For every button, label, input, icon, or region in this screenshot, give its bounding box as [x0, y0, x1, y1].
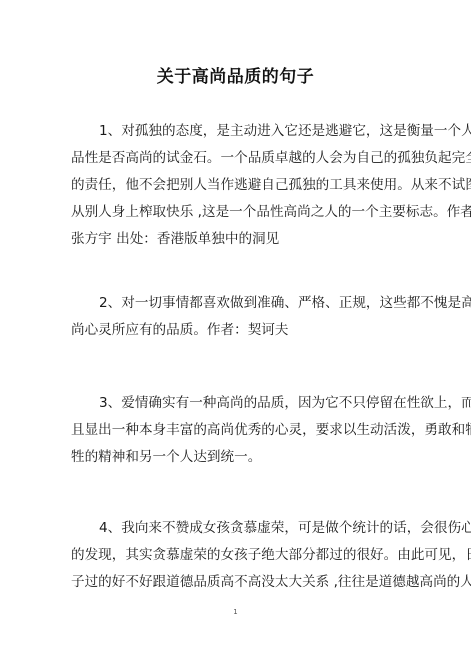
text-line: 的发现，其实贪慕虚荣的女孩子绝大部分都过的很好。由此可见，日: [71, 542, 401, 569]
text-line: 张方宇 出处：香港版单独中的洞见: [71, 226, 401, 253]
text-line: 品性是否高尚的试金石。一个品质卓越的人会为自己的孤独负起完全: [71, 145, 401, 172]
text-line: 且显出一种本身丰富的高尚优秀的心灵，要求以生动活泼，勇敢和牺: [71, 417, 401, 444]
document-title: 关于高尚品质的句子: [0, 62, 471, 87]
text-line: 牲的精神和另一个人达到统一。: [71, 444, 401, 471]
page-number: 1: [0, 608, 471, 616]
text-line: 尚心灵所应有的品质。作者：契诃夫: [71, 317, 401, 344]
text-line: 2、对一切事情都喜欢做到准确、严格、正规，这些都不愧是高: [71, 290, 401, 317]
text-line: 1、对孤独的态度，是主动进入它还是逃避它，这是衡量一个人: [71, 118, 401, 145]
text-line: 从别人身上榨取快乐 ,这是一个品性高尚之人的一个主要标志。作者：: [71, 199, 401, 226]
text-line: 子过的好不好跟道德品质高不高没太大关系 ,往往是道德越高尚的人: [71, 569, 401, 596]
paragraph-3: 3、爱情确实有一种高尚的品质，因为它不只停留在性欲上，而 且显出一种本身丰富的高…: [71, 390, 401, 471]
text-line: 4、我向来不赞成女孩贪慕虚荣，可是做个统计的话，会很伤心: [71, 515, 401, 542]
paragraph-4: 4、我向来不赞成女孩贪慕虚荣，可是做个统计的话，会很伤心 的发现，其实贪慕虚荣的…: [71, 515, 401, 596]
text-line: 3、爱情确实有一种高尚的品质，因为它不只停留在性欲上，而: [71, 390, 401, 417]
paragraph-2: 2、对一切事情都喜欢做到准确、严格、正规，这些都不愧是高 尚心灵所应有的品质。作…: [71, 290, 401, 344]
paragraph-1: 1、对孤独的态度，是主动进入它还是逃避它，这是衡量一个人 品性是否高尚的试金石。…: [71, 118, 401, 253]
text-line: 的责任，他不会把别人当作逃避自己孤独的工具来使用。从来不试图: [71, 172, 401, 199]
